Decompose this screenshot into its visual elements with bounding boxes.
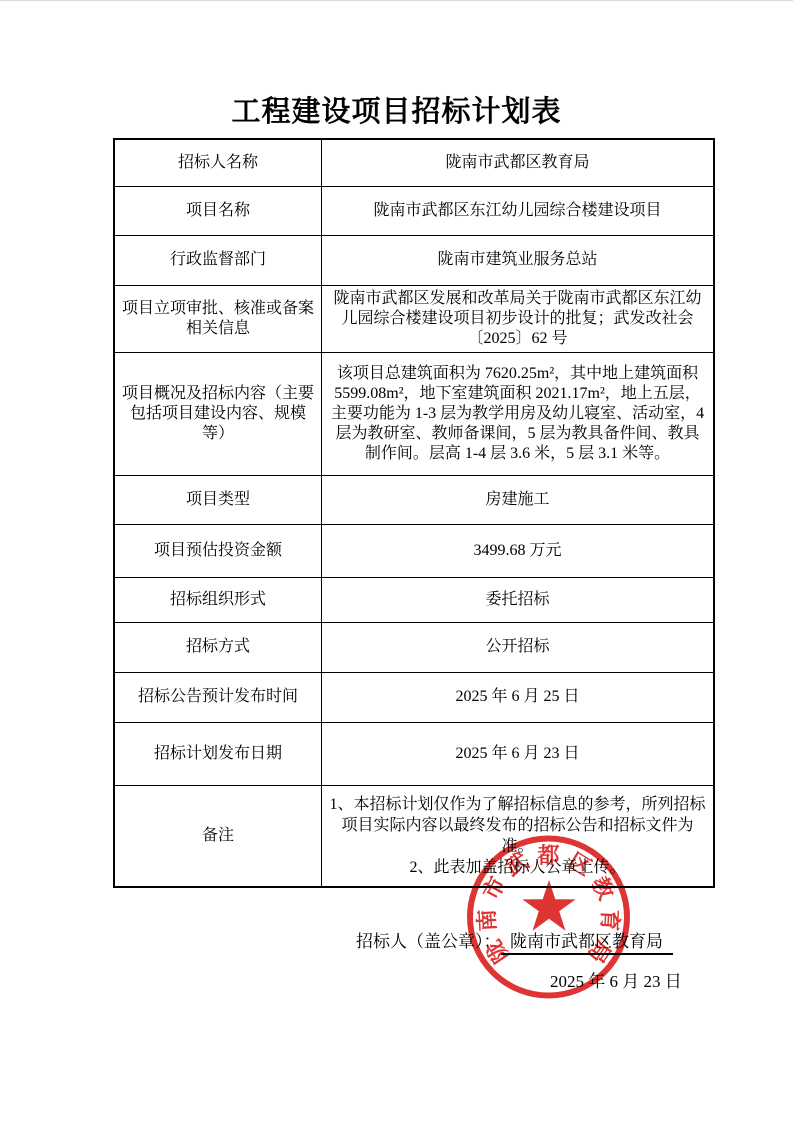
row-label: 招标公告预计发布时间	[114, 672, 322, 722]
row-label: 项目类型	[114, 475, 322, 524]
row-label: 招标组织形式	[114, 577, 322, 622]
table-row: 项目名称 陇南市武都区东江幼儿园综合楼建设项目	[114, 186, 714, 235]
row-value: 2025 年 6 月 25 日	[322, 672, 715, 722]
page-title: 工程建设项目招标计划表	[0, 89, 793, 130]
row-label: 招标计划发布日期	[114, 722, 322, 785]
signer-label: 招标人（盖公章）：	[356, 932, 501, 951]
signature-line: 招标人（盖公章）：陇南市武都区教育局	[356, 927, 673, 955]
row-label: 项目预估投资金额	[114, 524, 322, 577]
row-label: 项目概况及招标内容（主要包括项目建设内容、规模等）	[114, 352, 322, 475]
row-value: 委托招标	[322, 577, 715, 622]
table-row: 招标组织形式 委托招标	[114, 577, 714, 622]
table-row: 备注 1、本招标计划仅作为了解招标信息的参考，所列招标项目实际内容以最终发布的招…	[114, 785, 714, 887]
table-row: 招标计划发布日期 2025 年 6 月 23 日	[114, 722, 714, 785]
row-value: 陇南市武都区发展和改革局关于陇南市武都区东江幼儿园综合楼建设项目初步设计的批复；…	[322, 285, 715, 352]
row-label: 行政监督部门	[114, 235, 322, 285]
row-label: 招标人名称	[114, 139, 322, 186]
row-label: 项目名称	[114, 186, 322, 235]
signer-name: 陇南市武都区教育局	[501, 927, 673, 955]
document-page: 工程建设项目招标计划表 招标人名称 陇南市武都区教育局 项目名称 陇南市武都区东…	[0, 0, 793, 1123]
row-value: 陇南市武都区教育局	[322, 139, 715, 186]
table-row: 项目预估投资金额 3499.68 万元	[114, 524, 714, 577]
table-row: 项目概况及招标内容（主要包括项目建设内容、规模等） 该项目总建筑面积为 7620…	[114, 352, 714, 475]
row-value: 3499.68 万元	[322, 524, 715, 577]
row-label: 项目立项审批、核准或备案相关信息	[114, 285, 322, 352]
table-row: 项目类型 房建施工	[114, 475, 714, 524]
row-value: 陇南市武都区东江幼儿园综合楼建设项目	[322, 186, 715, 235]
table-row: 招标方式 公开招标	[114, 622, 714, 672]
row-value: 房建施工	[322, 475, 715, 524]
bidding-plan-table: 招标人名称 陇南市武都区教育局 项目名称 陇南市武都区东江幼儿园综合楼建设项目 …	[113, 138, 715, 888]
table-row: 招标人名称 陇南市武都区教育局	[114, 139, 714, 186]
row-label: 备注	[114, 785, 322, 887]
row-value: 陇南市建筑业服务总站	[322, 235, 715, 285]
signature-date: 2025 年 6 月 23 日	[550, 967, 682, 992]
row-value: 该项目总建筑面积为 7620.25m²，其中地上建筑面积 5599.08m²，地…	[322, 352, 715, 475]
row-label: 招标方式	[114, 622, 322, 672]
row-value: 2025 年 6 月 23 日	[322, 722, 715, 785]
table-row: 行政监督部门 陇南市建筑业服务总站	[114, 235, 714, 285]
row-value: 公开招标	[322, 622, 715, 672]
table-row: 项目立项审批、核准或备案相关信息 陇南市武都区发展和改革局关于陇南市武都区东江幼…	[114, 285, 714, 352]
row-value: 1、本招标计划仅作为了解招标信息的参考，所列招标项目实际内容以最终发布的招标公告…	[322, 785, 715, 887]
table-row: 招标公告预计发布时间 2025 年 6 月 25 日	[114, 672, 714, 722]
